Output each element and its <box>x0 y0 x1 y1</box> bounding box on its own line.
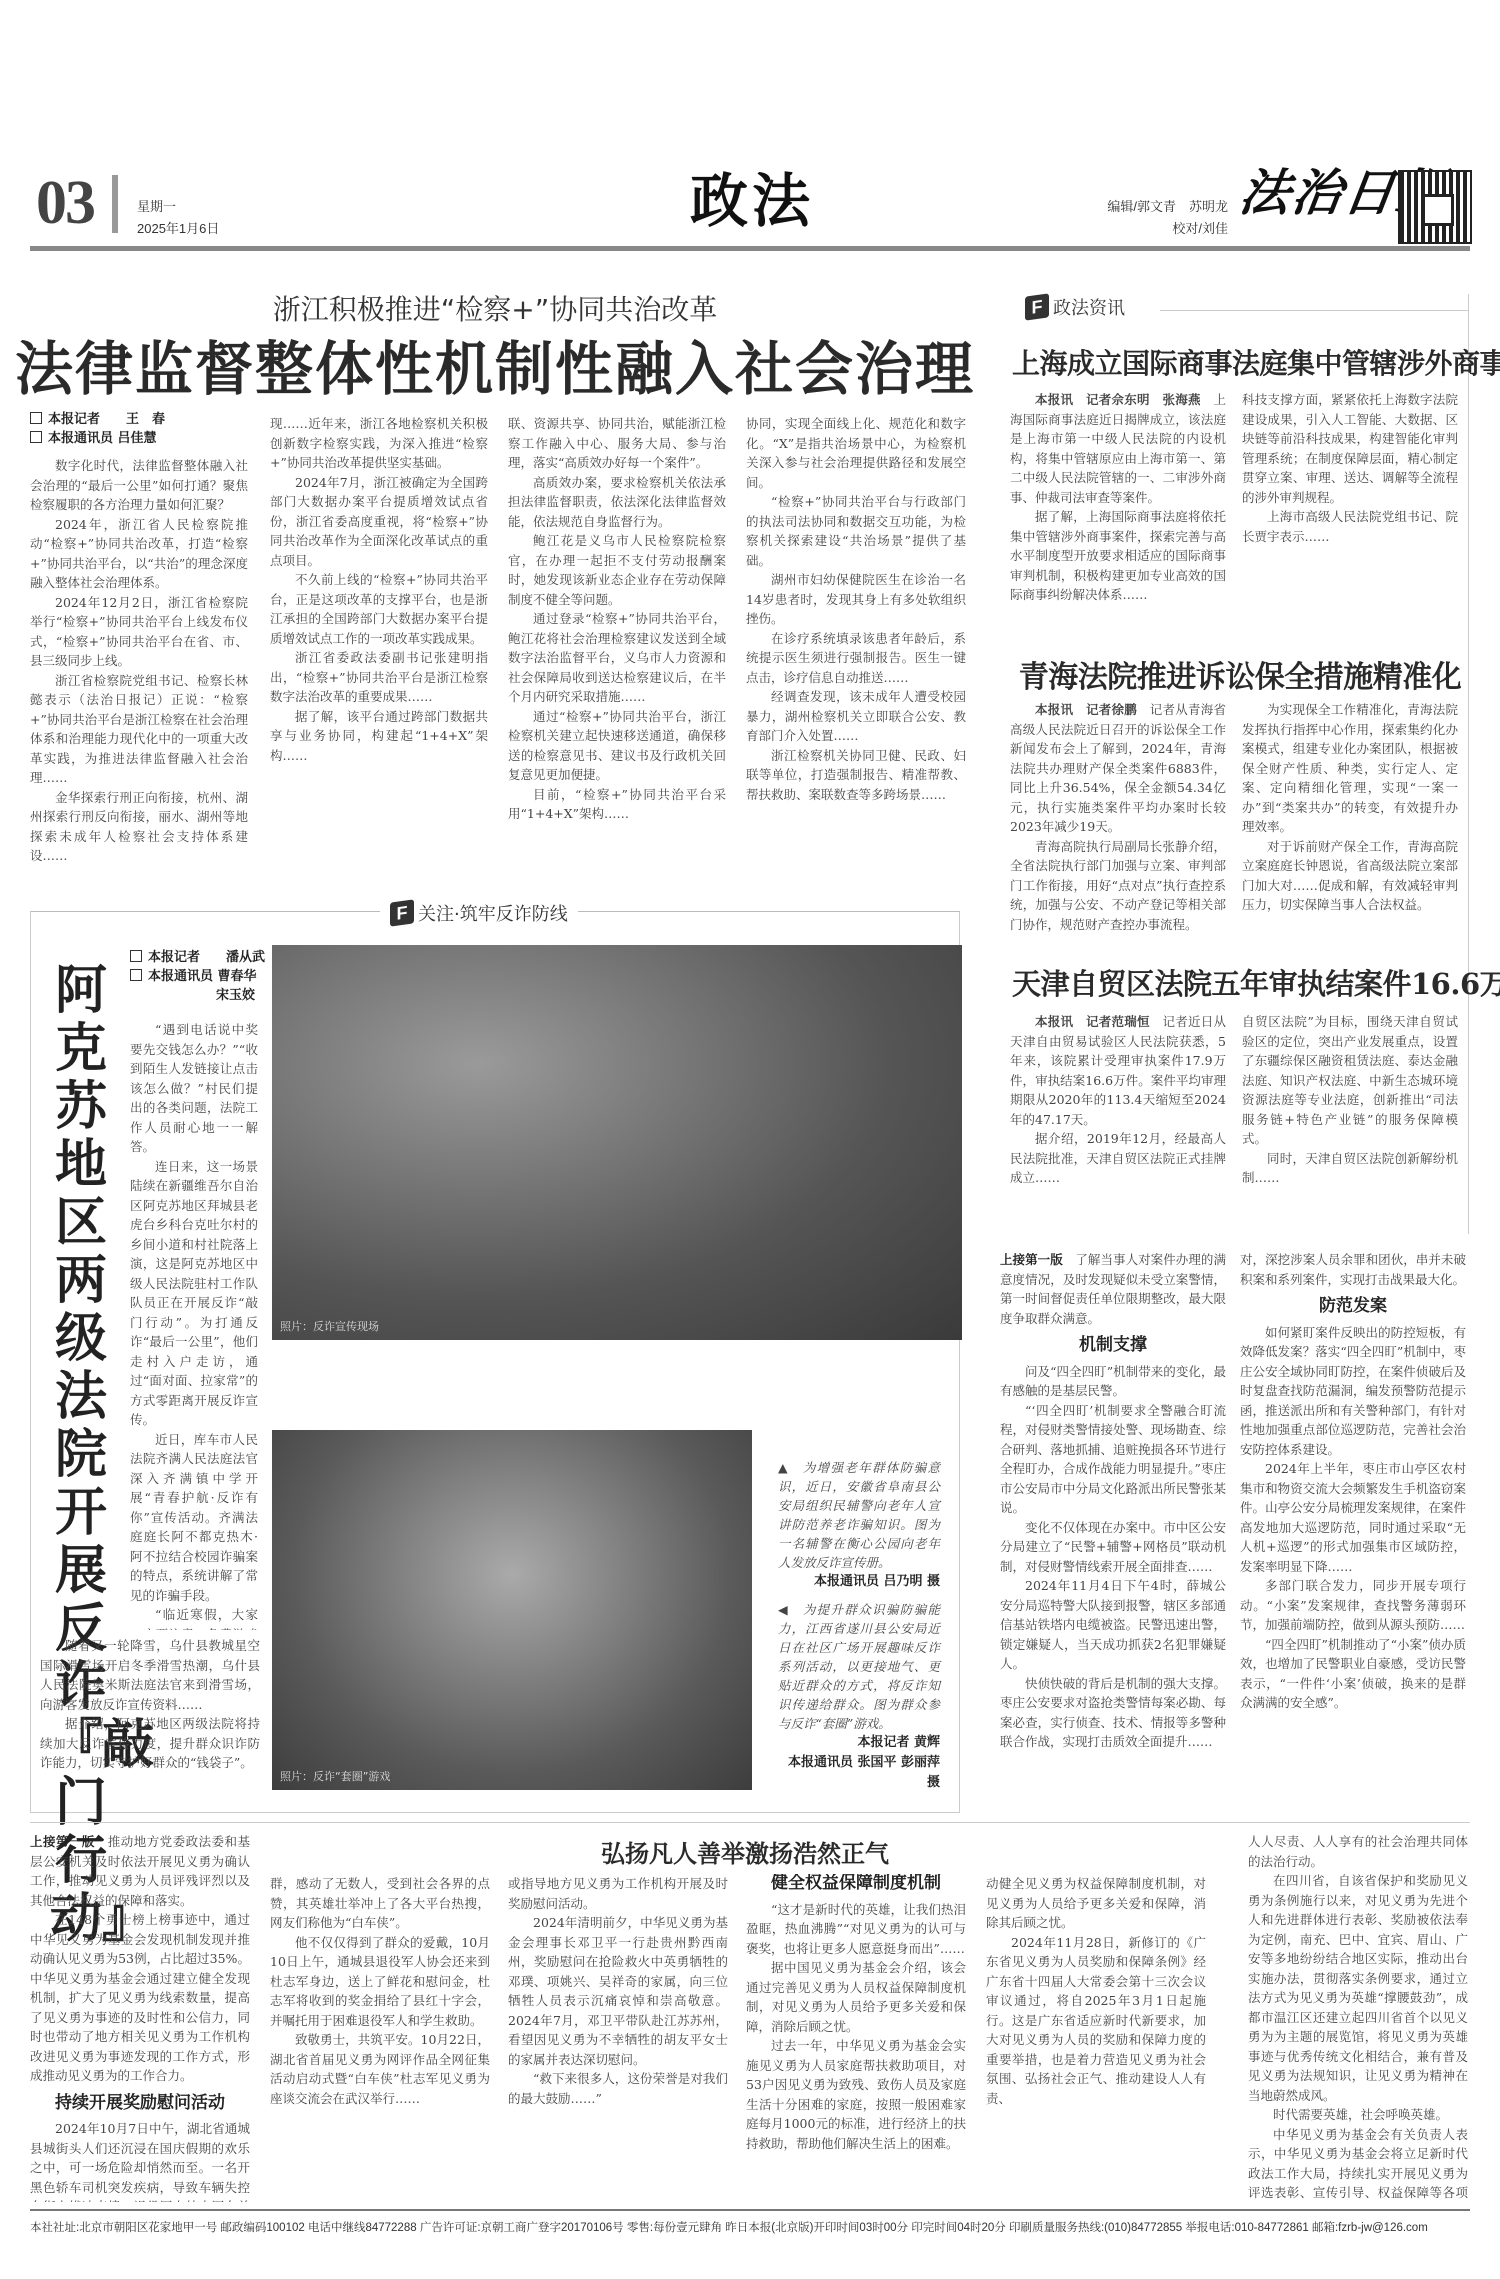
date: 2025年1月6日 <box>137 218 219 240</box>
lead-column-2: 现……近年来，浙江各地检察机关积极创新数字检察实践，为深入推进“检察+”协同共治… <box>270 414 488 872</box>
subhead-mechanism: 机制支撑 <box>1000 1336 1226 1356</box>
bottom-col-5: 动健全见义勇为权益保障制度机制，对见义勇为人员给予更多关爱和保障，消除其后顾之忧… <box>986 1874 1206 2202</box>
lead-headline: 法律监督整体性机制性融入社会治理 <box>0 322 990 406</box>
byline-reporter: 本报记者 王 春 <box>30 410 165 429</box>
news-headline-qinghai: 青海法院推进诉讼保全措施精准化 <box>1012 652 1468 696</box>
feature-photo-1: 照片：反诈宣传现场 <box>272 945 962 1340</box>
news-tianjin-col-1: 本报讯 记者范瑞恒 记者近日从天津自由贸易试验区人民法院获悉，5年来，该院累计受… <box>1010 1012 1226 1222</box>
issue-date: 星期一 2025年1月6日 <box>137 196 219 240</box>
news-shanghai-col-2: 科技支撑方面，紧紧依托上海数字法院建设成果，引入人工智能、大数据、区块链等前沿科… <box>1242 390 1458 640</box>
bottom-col-6: 人人尽责、人人享有的社会治理共同体的法治行动。 在四川省，自该省保护和奖励见义勇… <box>1248 1832 1468 2202</box>
lead-bylines: 本报记者 王 春 本报通讯员 吕佳慧 <box>30 410 165 448</box>
feature-bylines: 本报记者 潘从武 本报通讯员 曹春华 宋玉姣 <box>130 948 265 1005</box>
lead-column-4: 协同，实现全面线上化、规范化和数字化。“X”是指共治场景中心，为检察机关深入参与… <box>746 414 966 872</box>
page-number-divider <box>112 175 118 233</box>
subhead-rights: 健全权益保障制度机制 <box>746 1874 966 1894</box>
header-rule <box>30 246 1470 251</box>
feature-tag: F 关注·筑牢反诈防线 <box>380 900 578 926</box>
news-shanghai-col-1: 本报讯 记者佘东明 张海燕 上海国际商事法庭近日揭牌成立，该法庭是上海市第一中级… <box>1010 390 1226 640</box>
subhead-rewards: 持续开展奖励慰问活动 <box>30 2094 250 2114</box>
editors-credit: 编辑/郭文青 苏明龙 校对/刘佳 <box>1100 196 1228 240</box>
byline-box-icon <box>30 412 42 424</box>
proofreader: 校对/刘佳 <box>1100 218 1228 240</box>
f-logo-icon: F <box>1025 293 1049 320</box>
feature-text-column: “遇到电话说中奖要先交钱怎么办？”“收到陌生人发链接让点击该怎么做？”村民们提出… <box>130 1020 258 1630</box>
jump-story-col-2: 对，深挖涉案人员余罪和团伙，串并未破积案和系列案件，实现打击战果最大化。 防范发… <box>1240 1250 1466 1810</box>
lead-column-1: 数字化时代，法律监督整体融入社会治理的“最后一公里”如何打通？聚焦检察履职的各方… <box>30 456 248 872</box>
bottom-headline: 弘扬凡人善举激扬浩然正气 <box>420 1834 1070 1869</box>
feature-text-column-bottom: 随着又一轮降雪，乌什县教城星空国际滑雪场开启冬季滑雪热潮，乌什县人民法院奥米斯法… <box>40 1636 260 1806</box>
byline-correspondent: 本报通讯员 吕佳慧 <box>30 429 165 448</box>
jump-story-col-1: 上接第一版 了解当事人对案件办理的满意度情况，及时发现疑似未受立案警情，第一时间… <box>1000 1250 1226 1810</box>
news-headline-tianjin: 天津自贸区法院五年审执结案件16.6万件 <box>1012 962 1468 1003</box>
news-qinghai-col-2: 为实现保全工作精准化，青海法院发挥执行指挥中心作用，探索集约化办案模式，组建专业… <box>1242 700 1458 940</box>
section-title: 政法 <box>690 172 814 230</box>
bottom-col-1: 上接第一版 推动地方党委政法委和基层公安机关及时依法开展见义勇为确认工作，推动见… <box>30 1832 250 2202</box>
bottom-col-3: 或指导地方见义勇为工作机构开展及时奖励慰问活动。 2024年清明前夕，中华见义勇… <box>508 1874 728 2202</box>
feature-photo-2: 照片：反诈“套圈”游戏 <box>272 1430 752 1790</box>
page-number: 03 <box>36 172 94 234</box>
weekday: 星期一 <box>137 196 219 218</box>
news-headline-shanghai: 上海成立国际商事法庭集中管辖涉外商事案件 <box>1012 342 1468 382</box>
f-logo-icon: F <box>390 899 414 926</box>
editors: 编辑/郭文青 苏明龙 <box>1100 196 1228 218</box>
news-tianjin-col-2: 自贸区法院”为目标，围绕天津自贸试验区的定位，突出产业发展重点，设置了东疆综保区… <box>1242 1012 1458 1222</box>
lead-column-3: 联、资源共享、协同共治，赋能浙江检察工作融入中心、服务大局、参与治理，落实“高质… <box>508 414 726 872</box>
news-qinghai-col-1: 本报讯 记者徐鹏 记者从青海省高级人民法院近日召开的诉讼保全工作新闻发布会上了解… <box>1010 700 1226 940</box>
footer-imprint: 本社社址:北京市朝阳区花家地甲一号 邮政编码100102 电话中继线847722… <box>30 2219 1470 2235</box>
bottom-col-4: 健全权益保障制度机制 “这才是新时代的英雄，让我们热泪盈眶，热血沸腾”“对见义勇… <box>746 1874 966 2202</box>
newspaper-page: 03 星期一 2025年1月6日 政法 编辑/郭文青 苏明龙 校对/刘佳 法治日… <box>0 0 1500 2279</box>
byline-box-icon <box>130 969 142 981</box>
news-briefs-tag: F 政法资讯 <box>1025 294 1125 320</box>
subhead-prevention: 防范发案 <box>1240 1297 1466 1317</box>
byline-box-icon <box>30 431 42 443</box>
photo-caption-2: ◀ 为提升群众识骗防骗能力，江西省遂川县公安局近日在社区广场开展趣味反诈系列活动… <box>778 1600 940 1793</box>
qr-code-icon[interactable] <box>1400 172 1470 242</box>
bottom-rule <box>30 1822 1470 1823</box>
tag-rule <box>1160 310 1468 311</box>
footer-rule <box>30 2209 1470 2211</box>
byline-box-icon <box>130 950 142 962</box>
photo-caption-1: ▲ 为增强老年群体防骗意识，近日，安徽省阜南县公安局组织民辅警向老年人宣讲防范养… <box>778 1458 940 1592</box>
bottom-col-2: 群，感动了无数人，受到社会各界的点赞，其英雄壮举冲上了各大平台热搜，网友们称他为… <box>270 1874 490 2202</box>
